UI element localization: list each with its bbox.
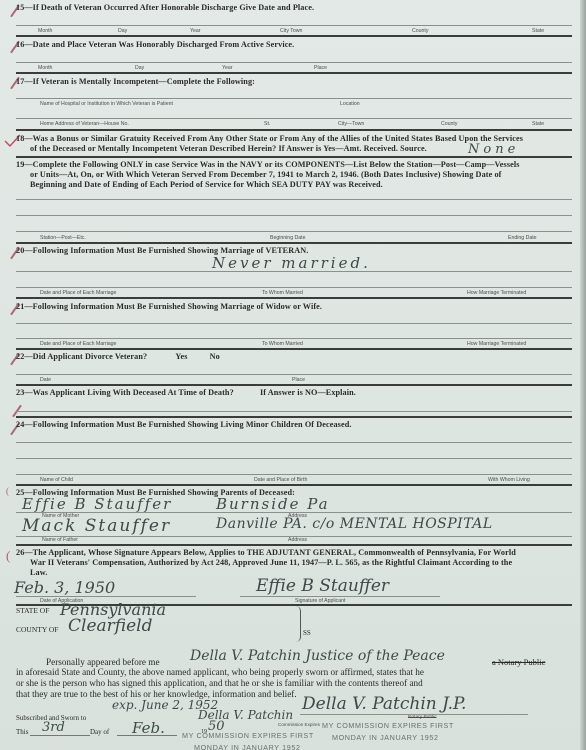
question-16: 16—Date and Place Veteran Was Honorably … bbox=[16, 40, 294, 50]
commission-stamp-2-line-2: MONDAY IN JANUARY 1952 bbox=[332, 733, 439, 742]
father-address: Danville PA. c/o MENTAL HOSPITAL bbox=[216, 516, 493, 532]
answer-line bbox=[16, 287, 572, 288]
field-label: Name of Hospital or Institution in Which… bbox=[40, 101, 173, 107]
month-line bbox=[117, 735, 177, 736]
day-line bbox=[30, 735, 90, 736]
field-label: Ending Date bbox=[508, 235, 537, 241]
answer-line bbox=[16, 338, 572, 339]
field-label: Month bbox=[38, 65, 52, 71]
oath-line-2: or she is the person who has signed this… bbox=[16, 678, 423, 689]
section-divider bbox=[16, 35, 572, 37]
section-divider bbox=[16, 156, 572, 158]
field-label: Beginning Date bbox=[270, 235, 305, 241]
question-23-explain: If Answer is NO—Explain. bbox=[260, 388, 356, 397]
ss-brace bbox=[296, 606, 301, 642]
field-label: Address bbox=[288, 537, 307, 543]
field-label: Day bbox=[118, 28, 127, 34]
answer-line bbox=[16, 323, 572, 324]
applicant-signature: Effie B Stauffer bbox=[256, 576, 389, 596]
commission-stamp-1-line-1: MY COMMISSION EXPIRES FIRST bbox=[182, 731, 314, 740]
state-label: STATE OF bbox=[16, 605, 49, 616]
father-name: Mack Stauffer bbox=[22, 516, 171, 536]
field-label: How Marriage Terminated bbox=[467, 341, 526, 347]
answer-line bbox=[16, 25, 572, 26]
question-18: 18—Was a Bonus or Similar Gratuity Recei… bbox=[16, 134, 523, 154]
section-divider bbox=[16, 416, 572, 418]
answer-line bbox=[16, 271, 572, 272]
answer-line bbox=[16, 458, 572, 459]
answer-line bbox=[16, 62, 572, 63]
application-page: 15—If Death of Veteran Occurred After Ho… bbox=[0, 0, 586, 750]
answer-line bbox=[16, 98, 572, 99]
no-option[interactable]: No bbox=[210, 352, 220, 361]
question-23-text: 23—Was Applicant Living With Deceased At… bbox=[16, 388, 234, 397]
question-19-line1: 19—Complete the Following ONLY in case S… bbox=[16, 160, 520, 169]
date-line bbox=[16, 596, 196, 597]
mother-name: Effie B Stauffer bbox=[22, 495, 172, 513]
section-divider bbox=[16, 544, 572, 546]
answer-bonus-received: None bbox=[468, 142, 519, 157]
county-label: COUNTY OF bbox=[16, 624, 58, 635]
answer-marriage-of-veteran: Never married. bbox=[212, 254, 371, 272]
section-divider bbox=[16, 348, 572, 350]
this-label: This bbox=[16, 727, 28, 738]
question-19-line2: or Units—At, On, or With Which Veteran S… bbox=[16, 170, 571, 180]
field-label: Date and Place of Birth bbox=[254, 477, 307, 483]
notary-public-struck: a Notary Public bbox=[492, 657, 545, 668]
question-26-line1: 26—The Applicant, Whose Signature Appear… bbox=[16, 548, 516, 557]
question-15: 15—If Death of Veteran Occurred After Ho… bbox=[16, 3, 314, 13]
question-26-line2: War II Veterans' Compensation, Authorize… bbox=[16, 558, 571, 568]
page-edge bbox=[580, 0, 586, 750]
field-label: City—Town bbox=[338, 121, 364, 127]
field-label: How Marriage Terminated bbox=[467, 290, 526, 296]
field-label: State bbox=[532, 121, 544, 127]
field-label: To Whom Married bbox=[262, 290, 303, 296]
oath-line-1: in aforesaid State and County, the above… bbox=[16, 667, 424, 678]
field-label: Name of Child bbox=[40, 477, 73, 483]
yes-option[interactable]: Yes bbox=[175, 352, 187, 361]
commission-stamp-2-line-1: MY COMMISSION EXPIRES FIRST bbox=[322, 721, 454, 730]
question-22-text: 22—Did Applicant Divorce Veteran? bbox=[16, 352, 147, 361]
answer-line bbox=[16, 118, 572, 119]
field-label: Year bbox=[222, 65, 232, 71]
notary-public-label: Notary Public bbox=[408, 715, 437, 720]
section-divider bbox=[16, 129, 572, 131]
commission-expires-label: Commission Expires bbox=[278, 722, 320, 727]
field-label: Place bbox=[292, 377, 305, 383]
ss-label: SS bbox=[303, 628, 311, 639]
question-19: 19—Complete the Following ONLY in case S… bbox=[16, 160, 571, 190]
signature-line bbox=[240, 596, 440, 597]
question-17: 17—If Veteran is Mentally Incompetent—Co… bbox=[16, 77, 255, 87]
county-value: Clearfield bbox=[68, 616, 153, 636]
field-label: St. bbox=[264, 121, 270, 127]
field-label: Station—Post—Etc. bbox=[40, 235, 86, 241]
field-label: To Whom Married bbox=[262, 341, 303, 347]
answer-line bbox=[16, 411, 572, 412]
field-label: County bbox=[412, 28, 428, 34]
section-divider bbox=[16, 384, 572, 386]
section-divider bbox=[16, 72, 572, 74]
mother-address: Burnside Pa bbox=[216, 495, 330, 513]
day-of-label: Day of bbox=[90, 727, 109, 738]
field-label: Day bbox=[135, 65, 144, 71]
question-23: 23—Was Applicant Living With Deceased At… bbox=[16, 388, 356, 398]
field-label: With Whom Living bbox=[488, 477, 530, 483]
field-label: Date and Place of Each Marriage bbox=[40, 341, 116, 347]
day-value: 3rd bbox=[42, 720, 65, 735]
notary-name-handwritten: Della V. Patchin Justice of the Peace bbox=[190, 648, 445, 664]
question-18-line2: of the Deceased or Mentally Incompetent … bbox=[16, 144, 523, 154]
field-label: Location bbox=[340, 101, 360, 107]
question-24: 24—Following Information Must Be Furnish… bbox=[16, 420, 352, 430]
answer-line bbox=[16, 199, 572, 200]
answer-line bbox=[16, 374, 572, 375]
application-date: Feb. 3, 1950 bbox=[14, 578, 115, 597]
question-26: 26—The Applicant, Whose Signature Appear… bbox=[16, 548, 571, 578]
field-label: Month bbox=[38, 28, 52, 34]
field-label: Date and Place of Each Marriage bbox=[40, 290, 116, 296]
field-label: State bbox=[532, 28, 544, 34]
question-21: 21—Following Information Must Be Furnish… bbox=[16, 302, 322, 312]
field-label: Home Address of Veteran—House No. bbox=[40, 121, 129, 127]
answer-line bbox=[16, 442, 572, 443]
red-bracket-mark: ( bbox=[6, 548, 10, 564]
question-18-line1: 18—Was a Bonus or Similar Gratuity Recei… bbox=[16, 134, 523, 143]
section-divider bbox=[16, 242, 572, 244]
section-divider bbox=[16, 297, 572, 299]
field-label: Name of Father bbox=[42, 537, 78, 543]
question-19-line3: Beginning and Date of Ending of Each Per… bbox=[16, 180, 571, 190]
red-bracket-mark: ( bbox=[6, 486, 9, 496]
answer-line bbox=[16, 231, 572, 232]
field-label: Place bbox=[314, 65, 327, 71]
commission-stamp-1-line-2: MONDAY IN JANUARY 1952 bbox=[194, 743, 301, 750]
field-label: Year bbox=[190, 28, 200, 34]
field-label: County bbox=[441, 121, 457, 127]
answer-line bbox=[16, 215, 572, 216]
section-divider bbox=[16, 484, 572, 486]
answer-line bbox=[16, 474, 572, 475]
field-label: City Town bbox=[280, 28, 302, 34]
notary-signature: Della V. Patchin J.P. bbox=[302, 694, 466, 714]
field-label: Date bbox=[40, 377, 51, 383]
question-22: 22—Did Applicant Divorce Veteran? Yes No bbox=[16, 352, 220, 362]
